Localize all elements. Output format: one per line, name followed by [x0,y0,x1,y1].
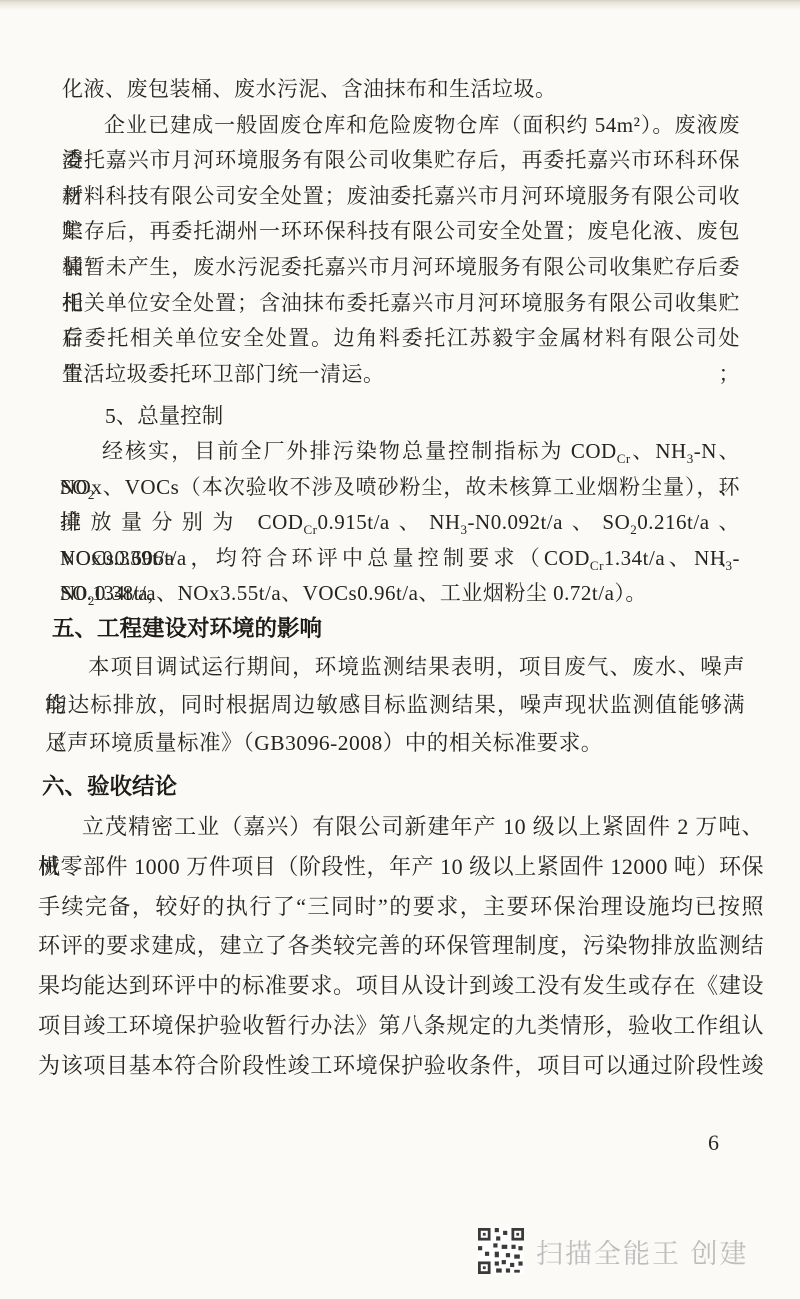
text-line: 立茂精密工业（嘉兴）有限公司新建年产 10 级以上紧固件 2 万吨、机 [38,807,764,847]
text-line: 本项目调试运行期间，环境监测结果表明，项目废气、废水、噪声均 [45,649,745,687]
text-line: 环评的要求建成，建立了各类较完善的环保管理制度，污染物排放监测结 [38,926,764,966]
text-line: 手续完备，较好的执行了“三同时”的要求，主要环保治理设施均已按照 [38,887,764,927]
text-line: NOx、VOCs（本次验收不涉及喷砂粉尘，故未核算工业烟粉尘量），环境 [60,470,740,506]
text-line: 化液、废包装桶、废水污泥、含油抹布和生活垃圾。 [62,72,740,108]
text-line: 项目竣工环境保护验收暂行办法》第八条规定的九类情形，验收工作组认 [38,1006,764,1046]
text-line: 械零部件 1000 万件项目（阶段性，年产 10 级以上紧固件 12000 吨）… [38,847,764,887]
scan-edge-shadow [0,0,800,10]
text-line: 相关单位安全处置；含油抹布委托嘉兴市月河环境服务有限公司收集贮存 [62,286,740,322]
text-line: SO20.38t/a、NOx3.55t/a、VOCs0.96t/a、工业烟粉尘 … [60,576,740,612]
paragraph-section-five: 本项目调试运行期间，环境监测结果表明，项目废气、废水、噪声均 能达标排放，同时根… [45,649,745,762]
heading-section-five: 五、工程建设对环境的影响 [52,611,752,647]
text-line: 果均能达到环评中的标准要求。项目从设计到竣工没有发生或存在《建设 [38,966,764,1006]
text-line: 《声环境质量标准》（GB3096-2008）中的相关标准要求。 [45,725,745,763]
text-line: 贮存后，再委托湖州一环环保科技有限公司安全处置；废皂化液、废包装 [62,214,740,250]
text-line: 委托嘉兴市月河环境服务有限公司收集贮存后，再委托嘉兴市环科环保新 [62,143,740,179]
text-line: 材料科技有限公司安全处置；废油委托嘉兴市月河环境服务有限公司收集 [62,179,740,215]
paragraph-total-control: 经核实，目前全厂外排污染物总量控制指标为 CODCr、NH3-N、SO2、 NO… [60,434,740,612]
watermark-text: 扫描全能王 创建 [536,1232,749,1271]
text-line: 能达标排放，同时根据周边敏感目标监测结果，噪声现状监测值能够满足 [45,687,745,725]
text-line: 后委托相关单位安全处置。边角料委托江苏毅宇金属材料有限公司处置； [62,321,740,357]
text-line: VOCs0.606t/a，均符合环评中总量控制要求（CODCr1.34t/a、N… [60,541,740,577]
text-line: 桶暂未产生，废水污泥委托嘉兴市月河环境服务有限公司收集贮存后委托 [62,250,740,286]
paragraph-section-six: 立茂精密工业（嘉兴）有限公司新建年产 10 级以上紧固件 2 万吨、机 械零部件… [38,807,764,1086]
document-page: 化液、废包装桶、废水污泥、含油抹布和生活垃圾。 企业已建成一般固废仓库和危险废物… [0,0,800,1299]
page-number: 6 [708,1130,719,1156]
subheading-total-control: 5、总量控制 [62,399,740,433]
paragraph-waste-disposal: 化液、废包装桶、废水污泥、含油抹布和生活垃圾。 企业已建成一般固废仓库和危险废物… [62,72,740,392]
heading-section-six: 六、验收结论 [42,769,742,805]
scanner-watermark: 扫描全能王 创建 [478,1228,749,1274]
text-line: 经核实，目前全厂外排污染物总量控制指标为 CODCr、NH3-N、SO2、 [60,434,740,470]
text-line: 企业已建成一般固废仓库和危险废物仓库（面积约 54m²）。废液废渣 [62,108,740,144]
qr-code-icon [478,1228,524,1274]
text-line: 排放量分别为 CODCr0.915t/a、NH3-N0.092t/a、SO20.… [60,505,740,541]
text-line: 为该项目基本符合阶段性竣工环境保护验收条件，项目可以通过阶段性竣 [38,1046,764,1086]
